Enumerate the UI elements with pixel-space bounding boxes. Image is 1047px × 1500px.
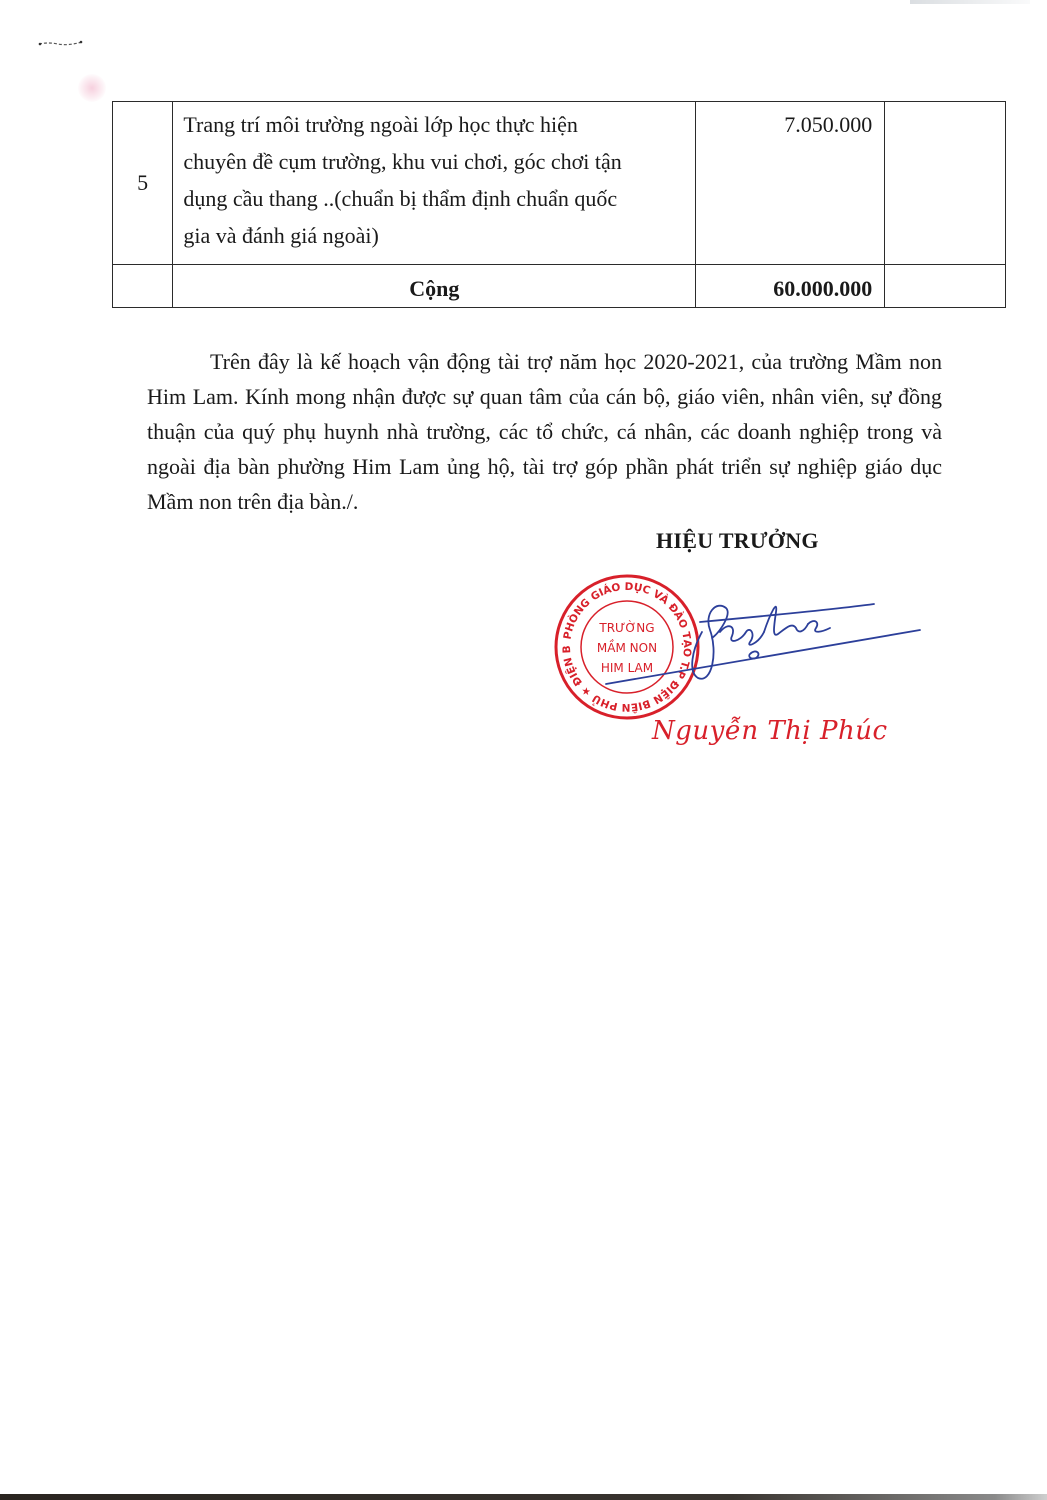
budget-table: 5 Trang trí môi trường ngoài lớp học thự… <box>112 101 1006 308</box>
total-row-number <box>113 265 173 308</box>
signer-name: Nguyễn Thị Phúc <box>652 716 888 746</box>
table-row: 5 Trang trí môi trường ngoài lớp học thự… <box>113 102 1006 265</box>
scan-artifact-mark <box>38 40 84 46</box>
scan-bottom-edge <box>0 1494 1047 1500</box>
row-content-line: Trang trí môi trường ngoài lớp học thực … <box>183 106 685 143</box>
table-total-row: Cộng 60.000.000 <box>113 265 1006 308</box>
scan-artifact-speck <box>78 74 106 102</box>
total-note <box>885 265 1006 308</box>
closing-paragraph: Trên đây là kế hoạch vận động tài trợ nă… <box>147 344 942 519</box>
total-label: Cộng <box>173 265 696 308</box>
row-note <box>885 102 1006 265</box>
row-content-line: chuyên đề cụm trường, khu vui chơi, góc … <box>183 143 685 180</box>
row-number: 5 <box>113 102 173 265</box>
row-content: Trang trí môi trường ngoài lớp học thực … <box>173 102 696 265</box>
total-amount: 60.000.000 <box>696 265 885 308</box>
scan-artifact-top <box>910 0 1030 4</box>
row-amount: 7.050.000 <box>696 102 885 265</box>
row-content-line: gia và đánh giá ngoài) <box>183 217 685 254</box>
signature-block: HIỆU TRƯỞNG PHÒNG GIÁO DỤC VÀ ĐÀO TẠO T.… <box>540 520 940 770</box>
row-content-line: dụng cầu thang ..(chuẩn bị thẩm định chu… <box>183 180 685 217</box>
signer-title: HIỆU TRƯỞNG <box>656 528 819 554</box>
handwritten-signature-icon <box>600 592 930 692</box>
